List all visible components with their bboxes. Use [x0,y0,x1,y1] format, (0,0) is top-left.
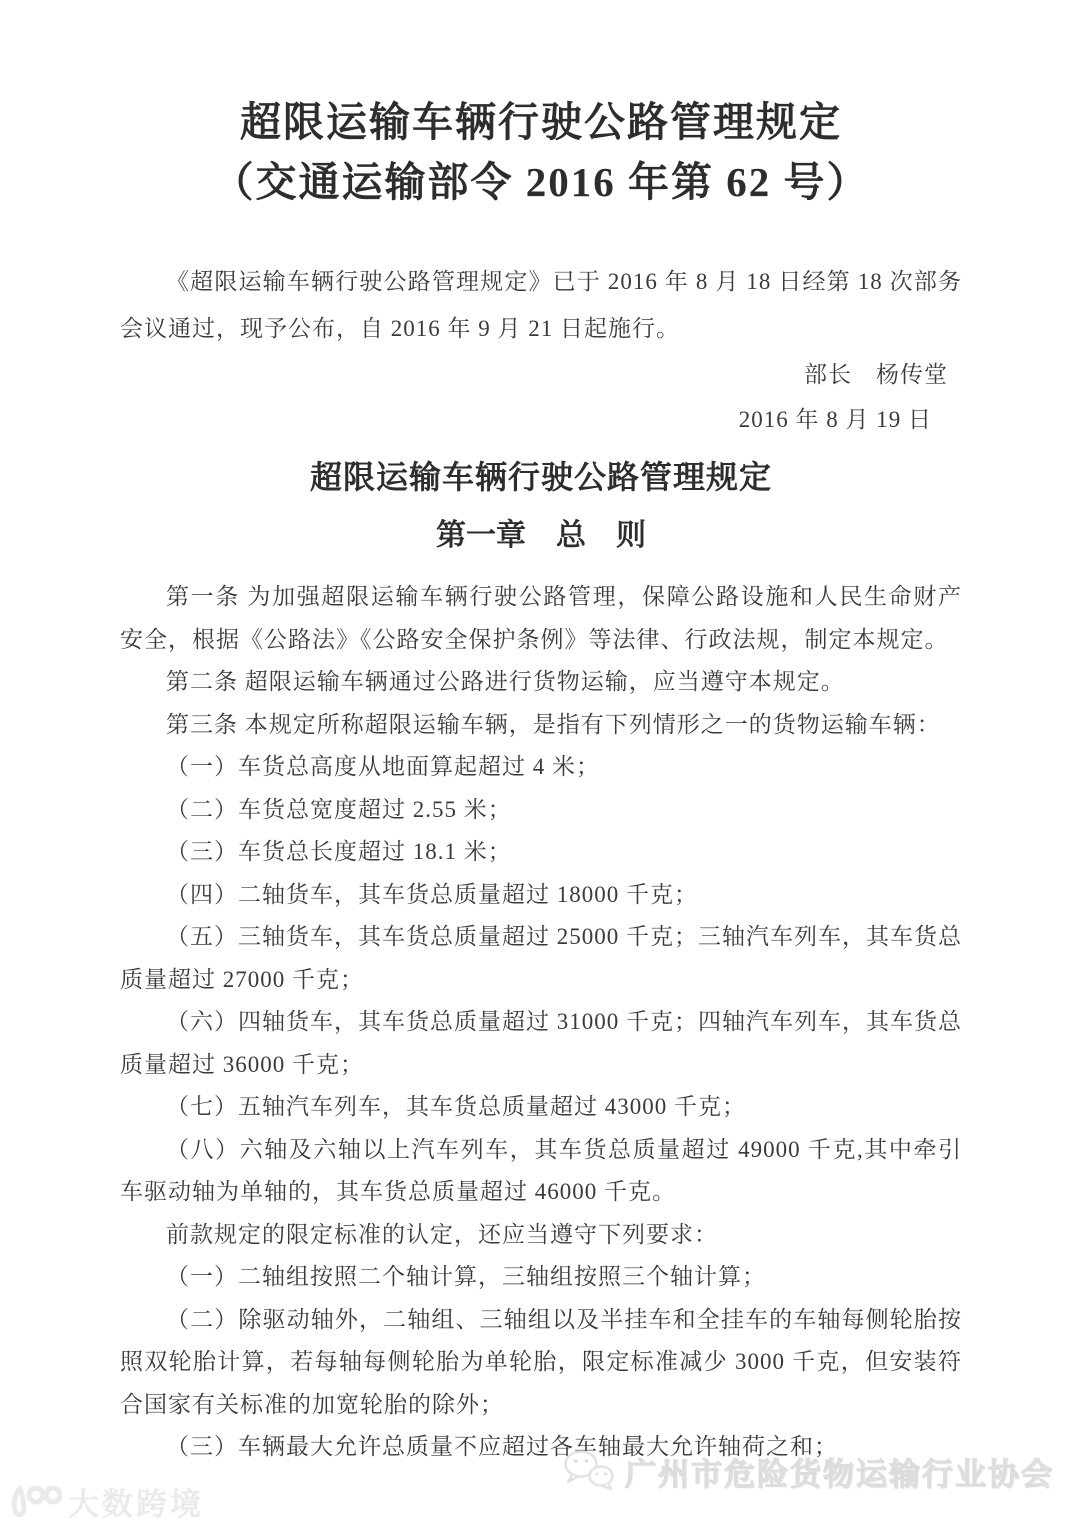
watermark-association-label: 广州市危险货物运输行业协会 [625,1449,1054,1494]
regulation-paragraph: （四）二轴货车，其车货总质量超过 18000 千克； [120,874,962,917]
regulation-paragraph: （一）二轴组按照二个轴计算，三轴组按照三个轴计算； [120,1256,962,1299]
document-title: 超限运输车辆行驶公路管理规定 （交通运输部令 2016 年第 62 号） [120,92,962,212]
regulation-paragraph: （八）六轴及六轴以上汽车列车，其车货总质量超过 49000 千克,其中牵引车驱动… [120,1129,962,1214]
regulation-paragraph: 第三条 本规定所称超限运输车辆，是指有下列情形之一的货物运输车辆： [120,704,962,747]
promulgation-note: 《超限运输车辆行驶公路管理规定》已于 2016 年 8 月 18 日经第 18 … [120,258,962,352]
minister-signature: 部长 杨传堂 [120,352,962,397]
dashu-100-logo-icon [8,1483,62,1521]
regulation-paragraph: （二）除驱动轴外，二轴组、三轴组以及半挂车和全挂车的车轴每侧轮胎按照双轮胎计算，… [120,1299,962,1427]
chapter-one-heading: 第一章 总 则 [120,514,962,558]
watermark-association: 广州市危险货物运输行业协会 [561,1448,1054,1494]
promulgation-date: 2016 年 8 月 19 日 [120,397,962,442]
watermark-dashu-kuajing: 大数跨境 [8,1479,204,1524]
watermark-dashu-label: 大数跨境 [68,1479,204,1524]
regulation-paragraph: （二）车货总宽度超过 2.55 米； [120,789,962,832]
regulation-paragraph: 第二条 超限运输车辆通过公路进行货物运输，应当遵守本规定。 [120,661,962,704]
document-title-line1: 超限运输车辆行驶公路管理规定 [120,92,962,152]
regulation-paragraph: （一）车货总高度从地面算起超过 4 米； [120,746,962,789]
regulation-body: 第一条 为加强超限运输车辆行驶公路管理，保障公路设施和人民生命财产安全，根据《公… [120,576,962,1469]
regulation-paragraph: 第一条 为加强超限运输车辆行驶公路管理，保障公路设施和人民生命财产安全，根据《公… [120,576,962,661]
wechat-icon [561,1448,617,1494]
regulation-title: 超限运输车辆行驶公路管理规定 [120,454,962,500]
regulation-paragraph: （五）三轴货车，其车货总质量超过 25000 千克；三轴汽车列车，其车货总质量超… [120,916,962,1001]
regulation-paragraph: 前款规定的限定标准的认定，还应当遵守下列要求： [120,1214,962,1257]
regulation-paragraph: （六）四轴货车，其车货总质量超过 31000 千克；四轴汽车列车，其车货总质量超… [120,1001,962,1086]
document-page: 超限运输车辆行驶公路管理规定 （交通运输部令 2016 年第 62 号） 《超限… [0,0,1080,1469]
regulation-paragraph: （三）车货总长度超过 18.1 米； [120,831,962,874]
regulation-paragraph: （七）五轴汽车列车，其车货总质量超过 43000 千克； [120,1086,962,1129]
document-title-line2: （交通运输部令 2016 年第 62 号） [120,152,962,212]
